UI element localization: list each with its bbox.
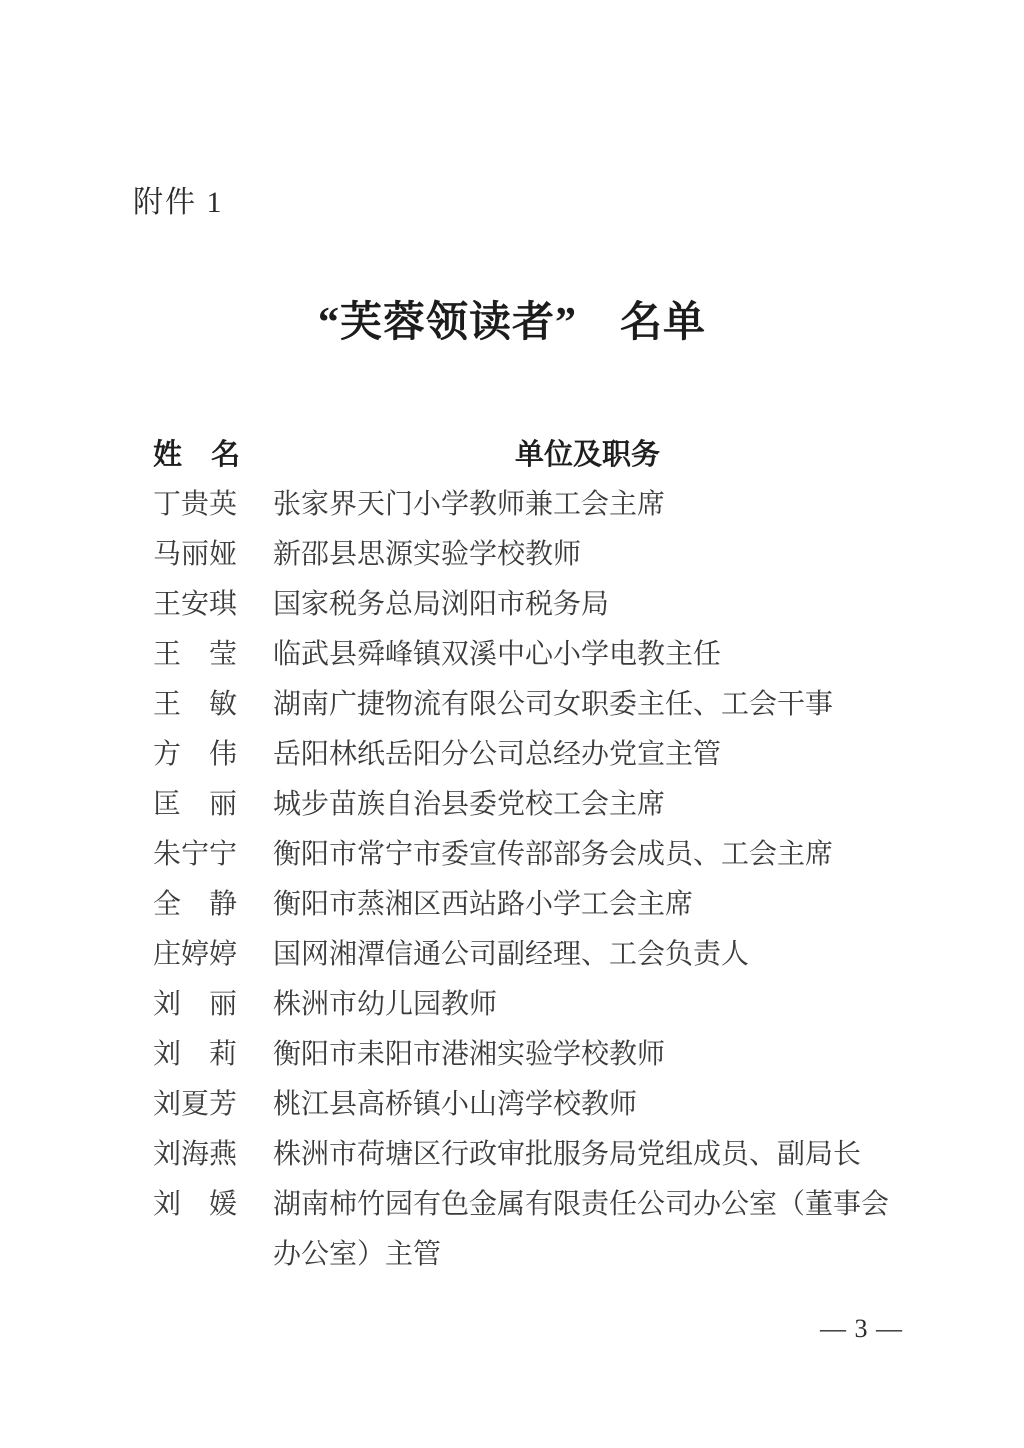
person-unit: 城步苗族自治县委党校工会主席 (273, 780, 897, 830)
table-row: 王安琪 国家税务总局浏阳市税务局 (153, 580, 913, 630)
person-name: 丁贵英 (153, 480, 263, 530)
person-name: 庄婷婷 (153, 930, 263, 980)
person-name: 马丽娅 (153, 530, 263, 580)
person-unit: 新邵县思源实验学校教师 (273, 530, 897, 580)
table-row: 刘 莉 衡阳市耒阳市港湘实验学校教师 (153, 1030, 913, 1080)
table-row: 刘 丽 株洲市幼儿园教师 (153, 980, 913, 1030)
person-name: 王 莹 (153, 630, 263, 680)
person-unit: 株洲市荷塘区行政审批服务局党组成员、副局长 (273, 1130, 897, 1180)
person-name: 刘夏芳 (153, 1080, 263, 1130)
person-unit: 国家税务总局浏阳市税务局 (273, 580, 897, 630)
page-title: “芙蓉领读者” 名单 (0, 299, 1024, 347)
person-unit: 岳阳林纸岳阳分公司总经办党宣主管 (273, 730, 897, 780)
table-row: 丁贵英 张家界天门小学教师兼工会主席 (153, 480, 913, 530)
table-row: 刘 媛 湖南柿竹园有色金属有限责任公司办公室（董事会办公室）主管 (153, 1180, 913, 1280)
person-name: 朱宁宁 (153, 830, 263, 880)
person-unit: 国网湘潭信通公司副经理、工会负责人 (273, 930, 897, 980)
person-unit: 株洲市幼儿园教师 (273, 980, 897, 1030)
attachment-label: 附件 1 (133, 186, 224, 220)
person-unit: 衡阳市蒸湘区西站路小学工会主席 (273, 880, 897, 930)
table-row: 匡 丽 城步苗族自治县委党校工会主席 (153, 780, 913, 830)
table-row: 马丽娅 新邵县思源实验学校教师 (153, 530, 913, 580)
table-row: 朱宁宁 衡阳市常宁市委宣传部部务会成员、工会主席 (153, 830, 913, 880)
table-header-row: 姓 名 单位及职务 (153, 430, 913, 480)
person-name: 王 敏 (153, 680, 263, 730)
person-unit: 湖南柿竹园有色金属有限责任公司办公室（董事会办公室）主管 (273, 1180, 897, 1280)
person-name: 方 伟 (153, 730, 263, 780)
page-number: — 3 — (820, 1312, 903, 1346)
person-unit: 临武县舜峰镇双溪中心小学电教主任 (273, 630, 897, 680)
person-unit: 衡阳市常宁市委宣传部部务会成员、工会主席 (273, 830, 897, 880)
table-row: 庄婷婷 国网湘潭信通公司副经理、工会负责人 (153, 930, 913, 980)
document-page: 附件 1 “芙蓉领读者” 名单 姓 名 单位及职务 丁贵英 张家界天门小学教师兼… (0, 0, 1024, 1448)
table-row: 全 静 衡阳市蒸湘区西站路小学工会主席 (153, 880, 913, 930)
table-row: 刘海燕 株洲市荷塘区行政审批服务局党组成员、副局长 (153, 1130, 913, 1180)
person-unit: 湖南广捷物流有限公司女职委主任、工会干事 (273, 680, 897, 730)
person-name: 王安琪 (153, 580, 263, 630)
person-name: 刘 媛 (153, 1180, 263, 1230)
table-row: 王 敏 湖南广捷物流有限公司女职委主任、工会干事 (153, 680, 913, 730)
table-row: 王 莹 临武县舜峰镇双溪中心小学电教主任 (153, 630, 913, 680)
column-header-name: 姓 名 (153, 430, 240, 480)
person-unit: 张家界天门小学教师兼工会主席 (273, 480, 897, 530)
honoree-table: 姓 名 单位及职务 丁贵英 张家界天门小学教师兼工会主席 马丽娅 新邵县思源实验… (153, 430, 913, 1280)
person-name: 匡 丽 (153, 780, 263, 830)
person-name: 刘 莉 (153, 1030, 263, 1080)
table-body: 丁贵英 张家界天门小学教师兼工会主席 马丽娅 新邵县思源实验学校教师 王安琪 国… (153, 480, 913, 1280)
person-name: 刘海燕 (153, 1130, 263, 1180)
table-row: 方 伟 岳阳林纸岳阳分公司总经办党宣主管 (153, 730, 913, 780)
person-name: 全 静 (153, 880, 263, 930)
column-header-unit: 单位及职务 (515, 430, 660, 480)
person-name: 刘 丽 (153, 980, 263, 1030)
table-row: 刘夏芳 桃江县高桥镇小山湾学校教师 (153, 1080, 913, 1130)
person-unit: 桃江县高桥镇小山湾学校教师 (273, 1080, 897, 1130)
person-unit: 衡阳市耒阳市港湘实验学校教师 (273, 1030, 897, 1080)
